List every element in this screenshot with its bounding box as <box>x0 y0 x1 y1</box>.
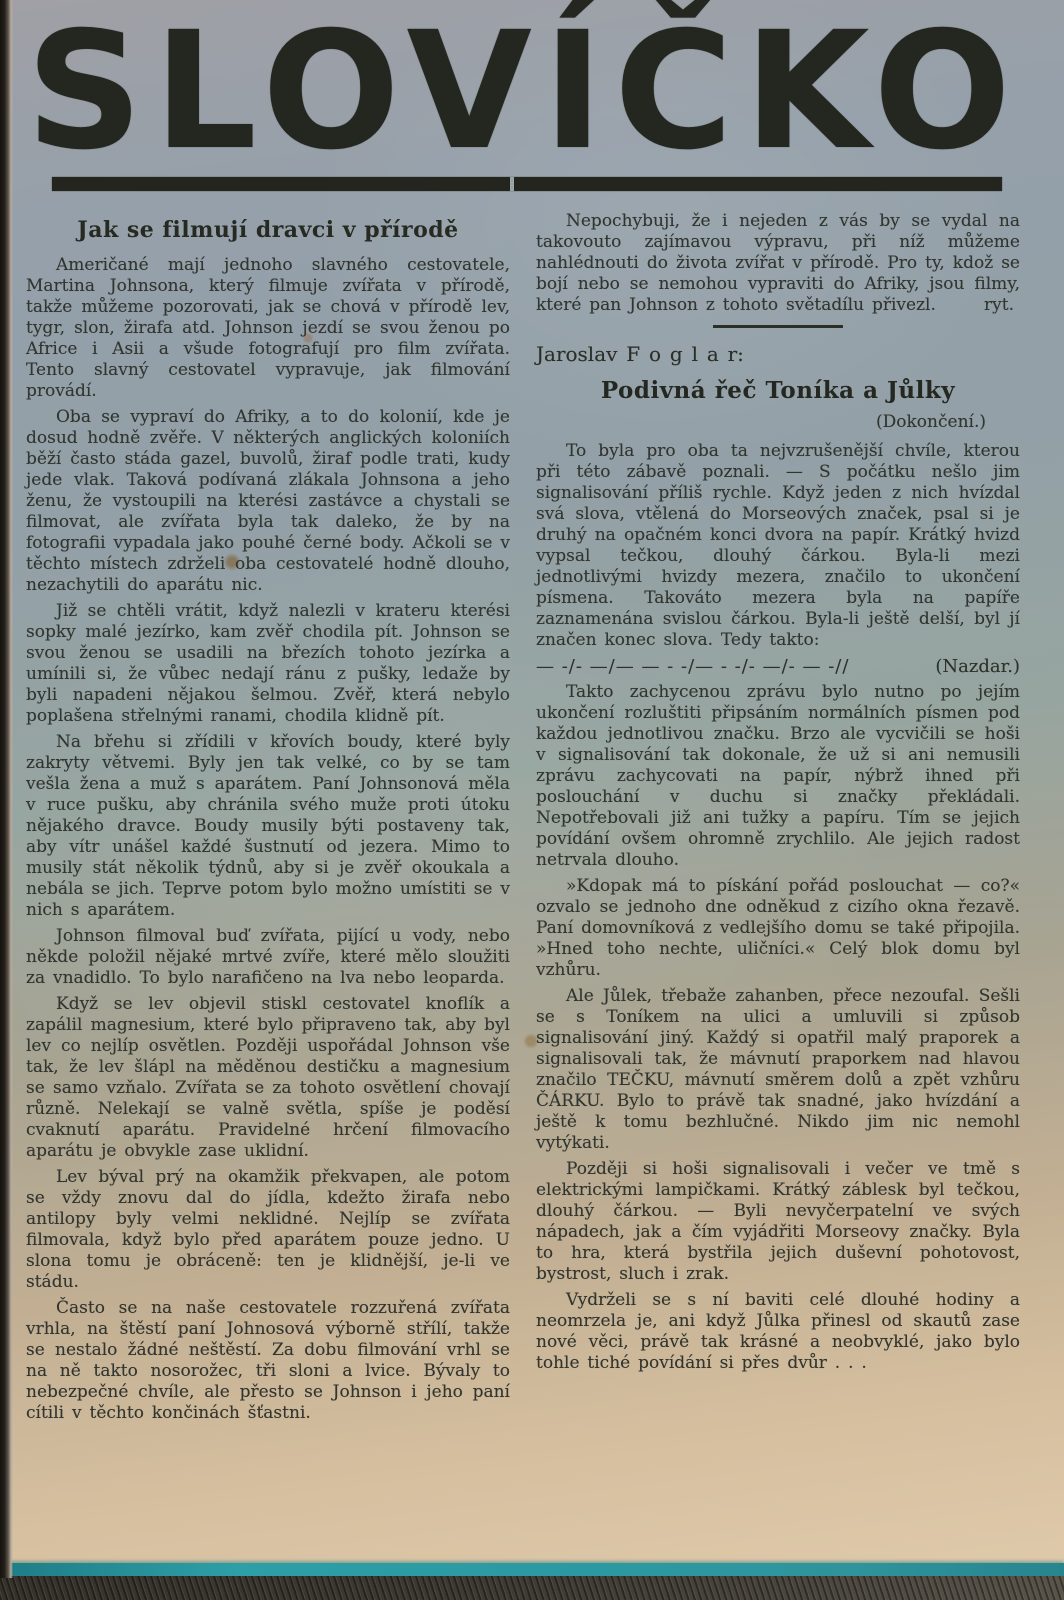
left-column: Jak se filmují dravci v přírodě Američan… <box>26 211 510 1429</box>
table-surface <box>0 1576 1064 1600</box>
two-column-layout: Jak se filmují dravci v přírodě Američan… <box>26 211 1020 1429</box>
section-end-rule <box>713 325 843 328</box>
scanned-magazine-page: { "page": { "masthead": "SLOVÍČKO", "ink… <box>0 0 1064 1600</box>
intro-paragraph-text: Nepochybuji, že i nejeden z vás by se vy… <box>536 211 1020 315</box>
story-byline: Jaroslav F o g l a r: <box>536 344 1020 365</box>
left-article-paragraph: Již se chtěli vrátit, když nalezli v kra… <box>26 601 510 727</box>
left-article-paragraph: Američané mají jednoho slavného cestovat… <box>26 255 510 402</box>
story-continuation-note: (Dokončení.) <box>536 412 1020 433</box>
left-article-paragraph: Johnson filmoval buď zvířata, pijící u v… <box>26 926 510 989</box>
left-article-paragraph: Oba se vypraví do Afriky, a to do koloni… <box>26 407 510 596</box>
story-title: Podivná řeč Toníka a Jůlky <box>536 377 1020 404</box>
story-paragraph: To byla pro oba ta nejvzrušenější chvíle… <box>536 441 1020 651</box>
masthead-rule <box>52 177 1002 191</box>
right-column: Nepochybuji, že i nejeden z vás by se vy… <box>536 211 1020 1429</box>
left-article-paragraph: Na břehu si zřídili v křovích boudy, kte… <box>26 732 510 921</box>
intro-signature: ryt. <box>954 295 1014 316</box>
left-article-paragraph: Lev býval prý na okamžik překvapen, ale … <box>26 1167 510 1293</box>
left-article-paragraph: Často se na naše cestovatele rozzuřená z… <box>26 1298 510 1424</box>
story-paragraph: Později si hoši signalisovali i večer ve… <box>536 1159 1020 1285</box>
morse-code-symbols: — -/- —/— — - -/— - -/- —/- — -// <box>536 656 849 678</box>
magazine-sheet: SLOVÍČKO Jak se filmují dravci v přírodě… <box>26 10 1020 1429</box>
story-paragraph: Vydrželi se s ní baviti celé dlouhé hodi… <box>536 1290 1020 1374</box>
story-paragraph: Ale Jůlek, třebaže zahanben, přece nezou… <box>536 986 1020 1154</box>
masthead-title: SLOVÍČKO <box>26 10 1020 175</box>
left-article-title: Jak se filmují dravci v přírodě <box>26 217 510 243</box>
story-paragraph: »Kdopak má to pískání pořád poslouchat —… <box>536 876 1020 981</box>
story-paragraph: Takto zachycenou zprávu bylo nutno po je… <box>536 682 1020 871</box>
page-binding-edge <box>0 0 13 1578</box>
left-article-paragraph: Když se lev objevil stiskl cestovatel kn… <box>26 994 510 1162</box>
morse-code-caption: (Nazdar.) <box>935 656 1020 678</box>
intro-paragraph: Nepochybuji, že i nejeden z vás by se vy… <box>536 211 1020 316</box>
morse-code-line: — -/- —/— — - -/— - -/- —/- — -// (Nazda… <box>536 656 1020 678</box>
